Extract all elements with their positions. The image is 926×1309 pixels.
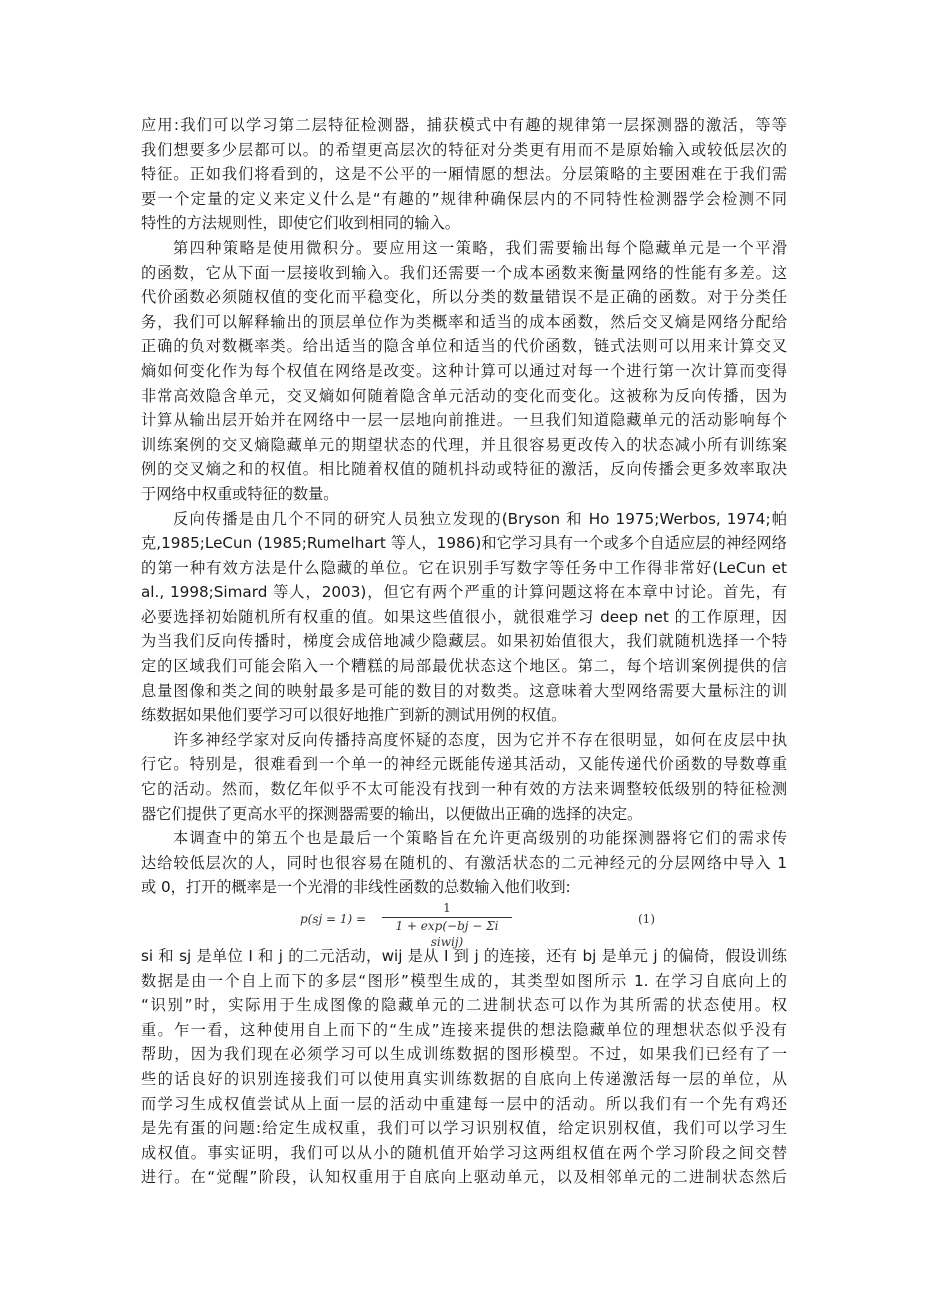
text-line: 熵如何变化作为每个权值在网络是改变。这种计算可以通过对每一个进行第一次计算而变得 — [141, 359, 787, 384]
text-line: 而学习生成权值尝试从上面一层的活动中重建每一层中的活动。所以我们有一个先有鸡还 — [141, 1092, 787, 1117]
paragraph-fifth-strategy: 本调查中的第五个也是最后一个策略旨在允许更高级别的功能探测器将它们的需求传 达给… — [141, 826, 787, 900]
text-line: 要一个定量的定义来定义什么是“有趣的”规律种确保层内的不同特性检测器学会检测不同 — [141, 187, 787, 212]
text-line: 反向传播是由几个不同的研究人员独立发现的(Bryson 和 Ho 1975;We… — [141, 507, 787, 532]
text-line: 代价函数必须随权值的变化而平稳变化，所以分类的数量错误不是正确的函数。对于分类任 — [141, 285, 787, 310]
text-line: 应用:我们可以学习第二层特征检测器，捕获模式中有趣的规律第一层探测器的激活，等等 — [141, 113, 787, 138]
text-line: 务，我们可以解释输出的顶层单位作为类概率和适当的成本函数，然后交叉熵是网络分配给 — [141, 310, 787, 335]
text-line: 第四种策略是使用微积分。要应用这一策略，我们需要输出每个隐藏单元是一个平滑 — [141, 236, 787, 261]
paragraph-neuroscientists: 许多神经学家对反向传播持高度怀疑的态度，因为它并不存在很明显，如何在皮层中执 行… — [141, 728, 787, 826]
text-line: 它的活动。然而，数亿年似乎不太可能没有找到一种有效的方法来调整较低级别的特征检测 — [141, 777, 787, 802]
paragraph-fourth-strategy: 第四种策略是使用微积分。要应用这一策略，我们需要输出每个隐藏单元是一个平滑 的函… — [141, 236, 787, 507]
text-line: 重。乍一看，这种使用自上而下的“生成”连接来提供的想法隐藏单位的理想状态似乎没有 — [141, 1018, 787, 1043]
text-line: 克,1985;LeCun (1985;Rumelhart 等人，1986)和它学… — [141, 531, 787, 556]
paragraph-backpropagation: 反向传播是由几个不同的研究人员独立发现的(Bryson 和 Ho 1975;We… — [141, 507, 787, 728]
paragraph-wake-sleep: si 和 sj 是单位 I 和 j 的二元活动，wij 是从 I 到 j 的连接… — [141, 944, 787, 1190]
text-line: 的函数，它从下面一层接收到输入。我们还需要一个成本函数来衡量网络的性能有多差。这 — [141, 261, 787, 286]
text-line: “识别”时，实际用于生成图像的隐藏单元的二进制状态可以作为其所需的状态使用。权 — [141, 993, 787, 1018]
equation-fraction: 1 1 + exp(−bj − Σi siwij) — [382, 900, 512, 950]
document-page: 应用:我们可以学习第二层特征检测器，捕获模式中有趣的规律第一层探测器的激活，等等… — [141, 113, 787, 1190]
equation-numerator: 1 — [382, 900, 512, 918]
text-line: 的第一种有效方法是什么隐藏的单位。它在识别手写数字等任务中工作得非常好(LeCu… — [141, 556, 787, 581]
text-line: 许多神经学家对反向传播持高度怀疑的态度，因为它并不存在很明显，如何在皮层中执 — [141, 728, 787, 753]
text-line: 是先有蛋的问题:给定生成权重，我们可以学习识别权值，给定识别权值，我们可以学习生 — [141, 1116, 787, 1141]
text-line: 进行。在“觉醒”阶段，认知权重用于自底向上驱动单元，以及相邻单元的二进制状态然后 — [141, 1165, 787, 1190]
text-line: 帮助，因为我们现在必须学习可以生成训练数据的图形模型。不过，如果我们已经有了一 — [141, 1042, 787, 1067]
text-line: 些的话良好的识别连接我们可以使用真实训练数据的自底向上传递激活每一层的单位，从 — [141, 1067, 787, 1092]
equation-lhs: p(sj = 1) = — [300, 912, 366, 926]
text-line: 器它们提供了更高水平的探测器需要的输出，以便做出正确的选择的决定。 — [141, 802, 787, 827]
text-line: 正确的负对数概率类。给出适当的隐含单位和适当的代价函数，链式法则可以用来计算交叉 — [141, 334, 787, 359]
text-line: 我们想要多少层都可以。的希望更高层次的特征对分类更有用而不是原始输入或较低层次的 — [141, 138, 787, 163]
text-line: 非常高效隐含单元，交叉熵如何随着隐含单元活动的变化而变化。这被称为反向传播，因为 — [141, 384, 787, 409]
paragraph-layer-strategy-end: 应用:我们可以学习第二层特征检测器，捕获模式中有趣的规律第一层探测器的激活，等等… — [141, 113, 787, 236]
text-line: 息量图像和类之间的映射最多是可能的数目的对数类。这意味着大型网络需要大量标注的训 — [141, 679, 787, 704]
text-line: 成权值。事实证明，我们可以从小的随机值开始学习这两组权值在两个学习阶段之间交替 — [141, 1141, 787, 1166]
text-line: 数据是由一个自上而下的多层“图形”模型生成的，其类型如图所示 1. 在学习自底向… — [141, 969, 787, 994]
text-line: 必要选择初始随机所有权重的值。如果这些值很小，就很难学习 deep net 的工… — [141, 605, 787, 630]
text-line: 训练案例的交叉熵隐藏单元的期望状态的代理，并且很容易更改传入的状态减小所有训练案 — [141, 433, 787, 458]
text-line: 定的区域我们可能会陷入一个糟糕的局部最优状态这个地区。第二，每个培训案例提供的信 — [141, 654, 787, 679]
equation-1: p(sj = 1) = 1 1 + exp(−bj − Σi siwij) (1… — [141, 900, 787, 944]
text-line: al., 1998;Simard 等人，2003)，但它有两个严重的计算问题这将… — [141, 580, 787, 605]
text-line: 特性的方法规则性，即使它们收到相同的输入。 — [141, 211, 787, 236]
text-line: 本调查中的第五个也是最后一个策略旨在允许更高级别的功能探测器将它们的需求传 — [141, 826, 787, 851]
text-line: 练数据如果他们要学习可以很好地推广到新的测试用例的权值。 — [141, 703, 787, 728]
text-line: 或 0，打开的概率是一个光滑的非线性函数的总数输入他们收到: — [141, 875, 787, 900]
text-line: 为当我们反向传播时，梯度会成倍地减少隐藏层。如果初始值很大，我们就随机选择一个特 — [141, 629, 787, 654]
equation-denominator: 1 + exp(−bj − Σi siwij) — [382, 918, 512, 950]
text-line: 行它。特别是，很难看到一个单一的神经元既能传递其活动，又能传递代价函数的导数尊重 — [141, 752, 787, 777]
text-line: 例的交叉熵之和的权值。相比随着权值的随机抖动或特征的激活，反向传播会更多效率取决 — [141, 457, 787, 482]
text-line: 达给较低层次的人，同时也很容易在随机的、有激活状态的二元神经元的分层网络中导入 … — [141, 851, 787, 876]
text-line: 计算从输出层开始并在网络中一层一层地向前推进。一旦我们知道隐藏单元的活动影响每个 — [141, 408, 787, 433]
equation-number: (1) — [638, 912, 655, 926]
text-line: 于网络中权重或特征的数量。 — [141, 482, 787, 507]
text-line: 特征。正如我们将看到的，这是不公平的一厢情愿的想法。分层策略的主要困难在于我们需 — [141, 162, 787, 187]
